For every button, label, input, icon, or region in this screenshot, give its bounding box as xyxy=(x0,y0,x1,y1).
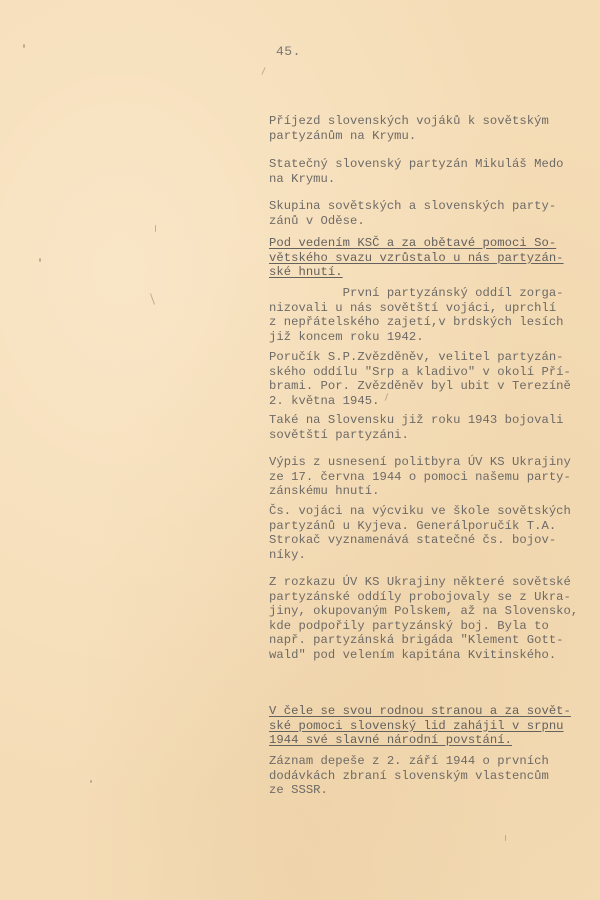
paper-fleck xyxy=(23,44,25,48)
paragraph-first-partisan-unit: První partyzánský oddíl zorga- nizovali … xyxy=(269,286,600,344)
section-heading-partisan-movement: Pod vedením KSČ a za obětavé pomoci So- … xyxy=(269,236,600,280)
caption-dispatch-record: Záznam depeše z 2. září 1944 o prvních d… xyxy=(269,754,600,798)
page-number: 45. xyxy=(276,44,301,59)
paper-fleck xyxy=(39,258,41,262)
paper-fleck xyxy=(155,225,156,232)
paper-fleck xyxy=(261,67,265,75)
section-heading-national-uprising: V čele se svou rodnou stranou a za sovět… xyxy=(269,704,600,748)
caption-kyiv-training: Čs. vojáci na výcviku ve škole sovětskýc… xyxy=(269,504,600,562)
caption-mikulas-medo: Statečný slovenský partyzán Mikuláš Medo… xyxy=(269,157,600,186)
caption-zvezdenev: Poručík S.P.Zvězděněv, velitel partyzán-… xyxy=(269,350,600,408)
caption-slovakia-1943: Také na Slovensku již roku 1943 bojovali… xyxy=(269,413,600,442)
paper-fleck xyxy=(505,835,506,841)
document-page: 45. Příjezd slovenských vojáků k sovětsk… xyxy=(0,0,600,900)
paper-fleck xyxy=(150,293,155,305)
caption-arrival-slovak-soldiers: Příjezd slovenských vojáků k sovětským p… xyxy=(269,114,600,143)
paragraph-ukraine-units: Z rozkazu ÚV KS Ukrajiny některé sovětsk… xyxy=(269,575,600,662)
caption-partisans-odessa: Skupina sovětských a slovenských party- … xyxy=(269,199,600,228)
paper-fleck xyxy=(90,780,92,783)
caption-politburo-resolution: Výpis z usnesení politbyra ÚV KS Ukrajin… xyxy=(269,455,600,499)
